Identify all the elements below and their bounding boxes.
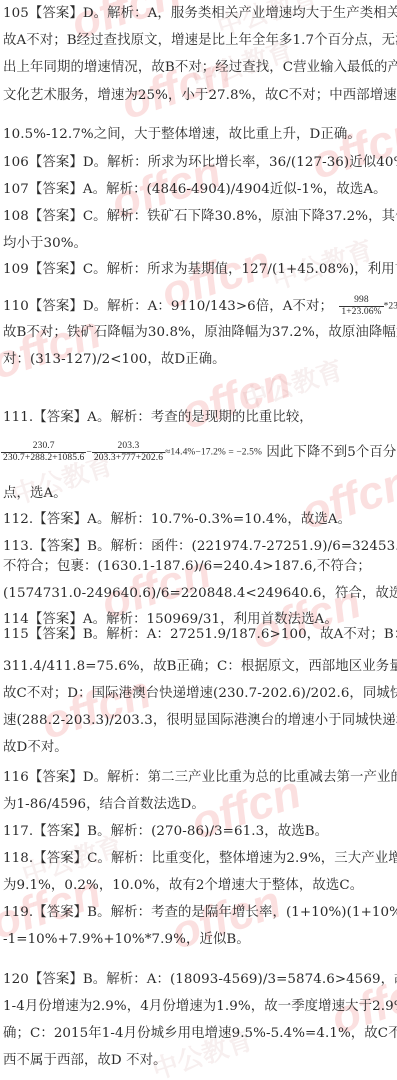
answer-111-line-3: 点，选A。: [3, 486, 67, 502]
answer-105-line-4: 文化艺术服务，增速为25%，小于27.8%，故C不对；中西部增速在: [3, 88, 397, 104]
formula-111-fraction-2: 203.3 203.3+777+202.6: [92, 441, 165, 464]
answer-115-line-4: 速(288.2-203.3)/203.3，很明显国际港澳台的增速小于同城快递增速…: [3, 713, 397, 729]
formula-110-numerator: 998: [352, 295, 371, 306]
answer-115-line-5: 故D不对。: [3, 740, 68, 756]
formula-111-numerator-1: 230.7: [31, 441, 57, 452]
answer-110-line-2: 故B不对；铁矿石降幅为30.8%，原油降幅为37.2%，故原油降幅大，C不: [3, 325, 397, 341]
answer-105-line-2: 故A不对；B经过查找原文，增速是比上年全年多1.7个百分点，无法得: [3, 33, 397, 49]
answer-120-line-3: 确；C：2015年1-4月份城乡用电增速9.5%-5.4%=4.1%，故C不对；…: [3, 1026, 397, 1042]
answer-113-line-2: 不符合；包裹：(1630.1-187.6)/6=240.4>187.6,不符合；: [3, 559, 371, 575]
answer-120-line-1: 120【答案】B。解析：A：(18093-4569)/3=5874.6>4569…: [3, 972, 397, 988]
answer-105-line-5: 10.5%-12.7%之间，大于整体增速，故比重上升，D正确。: [3, 127, 361, 143]
answer-106: 106【答案】D。解析：所求为环比增长率，36/(127-36)近似40%，故选…: [3, 155, 397, 171]
answer-111-line-1: 111.【答案】A。解析：考查的是现期的比重比较，: [3, 410, 313, 426]
answer-110-line-3: 对：(313-127)/2<100，故D正确。: [3, 352, 226, 368]
formula-110-denominator: 1+23.06%: [339, 306, 383, 318]
answer-111-text: 因此下降不到5个百分: [266, 445, 396, 460]
answer-119-line-1: 119.【答案】B。解析：考查的是隔年增长率，(1+10%)(1+10%-2.1…: [3, 905, 397, 921]
answer-118-line-2: 为9.1%，0.2%，10.0%，故有2个增速大于整体，故选C。: [3, 878, 363, 894]
watermark-logo: offcn: [34, 664, 157, 750]
answer-119-line-2: -1=10%+7.9%+10%*7.9%，近似B。: [3, 932, 250, 948]
answer-110-text: 110【答案】D。解析：A：9110/143>6倍，A不对；: [3, 299, 333, 314]
answer-116-line-1: 116【答案】D。解析：第二三产业比重为总的比重减去第一产业的比重即: [3, 770, 397, 786]
answer-105-line-3: 出上年同期的增速情况，故B不对；经过查找，C营业输入最低的产业是: [3, 60, 397, 76]
answer-115-line-3: 故C不对；D：国际港澳台快递增速(230.7-202.6)/202.6，同城快递…: [3, 686, 397, 702]
answer-115-line-1: 115【答案】B。解析：A：27251.9/187.6>100，故A不对；B：: [3, 627, 397, 643]
answer-120-line-4: 西不属于西部，故D 不对。: [3, 1053, 167, 1069]
answer-115-line-2: 311.4/411.8=75.6%，故B正确；C：根据原文，西部地区业务量比重持…: [3, 659, 397, 675]
answer-108-line-1: 108【答案】C。解析：铁矿石下降30.8%，原油下降37.2%，其他下降幅度: [3, 209, 397, 225]
formula-111-denominator-1: 230.7+288.2+1085.6: [1, 452, 86, 464]
answer-111-line-2: 230.7 230.7+288.2+1085.6 − 203.3 203.3+7…: [3, 441, 396, 464]
formula-110-tail: *23.06%≈187: [384, 302, 397, 312]
answer-112: 112.【答案】A。解析：10.7%-0.3%=10.4%，故选A。: [3, 512, 351, 528]
answer-113-line-1: 113.【答案】B。解析：函件：(221974.7-27251.9)/6=324…: [3, 539, 397, 555]
formula-110-fraction: 998 1+23.06%: [339, 295, 383, 318]
answer-113-line-3: (1574731.0-249640.6)/6=220848.4<249640.6…: [3, 586, 397, 602]
answer-105-line-1: 105【答案】D。解析：A，服务类相关产业增速均大于生产类相关产业增速，: [3, 6, 397, 22]
formula-111-tail: ≈14.4%−17.2% = −2.5%: [165, 448, 262, 458]
answer-114: 114【答案】A。解析：150969/31，利用首数法选A。: [3, 612, 338, 628]
answer-116-line-2: 为1-86/4596，结合首数法选D。: [3, 797, 205, 813]
answer-120-line-2: 1-4月份增速为2.9%，4月份增速为1.9%，故一季度增速大于2.9%，B正: [3, 999, 397, 1015]
formula-111-denominator-2: 203.3+777+202.6: [92, 452, 165, 464]
watermark-logo: offcn: [304, 104, 397, 190]
answer-110-line-1: 110【答案】D。解析：A：9110/143>6倍，A不对； 998 1+23.…: [3, 295, 397, 318]
answer-118-line-1: 118.【答案】C。解析：比重变化，整体增速为2.9%，三大产业增速分别: [3, 851, 397, 867]
answer-117: 117.【答案】B。解析：(270-86)/3=61.3，故选B。: [3, 824, 328, 840]
answer-107: 107【答案】A。解析：(4846-4904)/4904近似-1%，故选A。: [3, 182, 387, 198]
formula-111-numerator-2: 203.3: [116, 441, 142, 452]
formula-111-fraction-1: 230.7 230.7+288.2+1085.6: [1, 441, 86, 464]
document-page: offcn 中公教育 offcn 中公教育 offcn offcn offcn …: [0, 0, 397, 1080]
answer-108-line-2: 均小于30%。: [3, 236, 87, 252]
answer-109: 109【答案】C。解析：所求为基期值，127/(1+45.08%)，利用首数法选…: [3, 262, 397, 278]
